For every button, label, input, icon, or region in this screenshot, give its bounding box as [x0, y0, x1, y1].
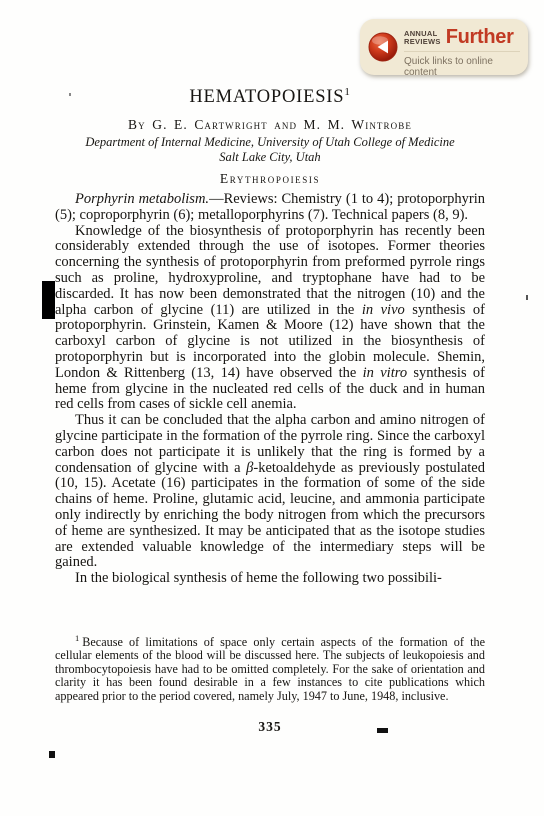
badge-text-block: ANNUAL REVIEWS Further Quick links to on…	[404, 27, 520, 78]
article-title: HEMATOPOIESIS1	[55, 86, 485, 108]
scanned-paper-page: ANNUAL REVIEWS Further Quick links to on…	[0, 0, 544, 816]
section-heading: Erythropoiesis	[55, 171, 485, 187]
paragraph: Thus it can be concluded that the alpha …	[55, 413, 485, 571]
body-paragraphs: Porphyrin metabolism.—Reviews: Chemistry…	[55, 192, 485, 587]
paragraph: Porphyrin metabolism.—Reviews: Chemistry…	[55, 192, 485, 224]
badge-subtitle: Quick links to online content	[404, 56, 520, 78]
paragraph: In the biological synthesis of heme the …	[55, 571, 485, 587]
badge-divider	[404, 51, 520, 52]
scan-artifact-bottom-dash	[377, 728, 388, 733]
byline: By G. E. Cartwright and M. M. Wintrobe	[55, 117, 485, 133]
paragraph: Knowledge of the biosynthesis of protopo…	[55, 224, 485, 414]
footnote-text: Because of limitations of space only cer…	[55, 635, 485, 703]
affiliation-line-1: Department of Internal Medicine, Univers…	[55, 135, 485, 150]
affiliation-line-2: Salt Lake City, Utah	[55, 150, 485, 165]
page-number: 335	[55, 719, 485, 735]
scan-artifact-bottom-square	[49, 751, 55, 758]
title-footnote-marker: 1	[344, 86, 350, 98]
annual-reviews-further-badge[interactable]: ANNUAL REVIEWS Further Quick links to on…	[360, 19, 528, 75]
scan-artifact-left-bar	[42, 281, 55, 319]
annual-reviews-wordmark: ANNUAL REVIEWS	[404, 30, 441, 46]
article-title-text: HEMATOPOIESIS	[189, 87, 344, 107]
further-label: Further	[446, 27, 514, 48]
scan-artifact-right-speck	[526, 295, 528, 300]
affiliation: Department of Internal Medicine, Univers…	[55, 135, 485, 165]
footnote: 1Because of limitations of space only ce…	[55, 632, 485, 703]
scan-artifact-top-dot	[69, 93, 71, 96]
footnote-marker: 1	[75, 633, 79, 643]
back-arrow-icon	[368, 32, 398, 62]
